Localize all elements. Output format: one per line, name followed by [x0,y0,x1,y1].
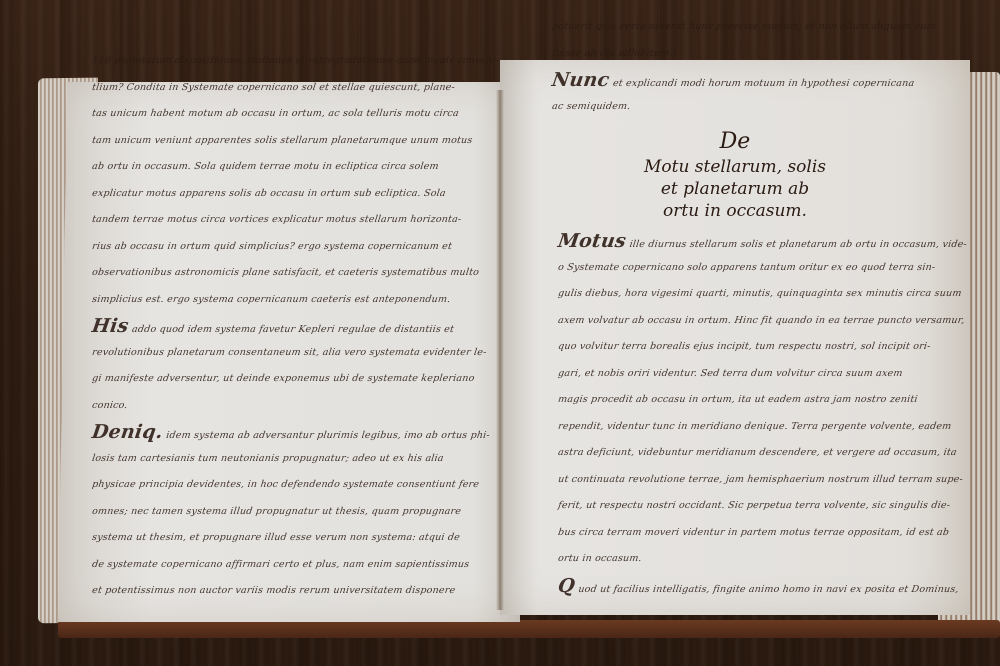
paragraph-start: Motusille diurnus stellarum solis et pla… [556,228,950,255]
text-line: rependit, videntur tunc in meridiano den… [556,414,950,441]
text-line: astra deficiunt, videbuntur meridianum d… [556,440,950,467]
text-line: physicae principia devidentes, in hoc de… [90,472,494,499]
drop-initial: Motus [556,230,627,252]
drop-initial: Q [556,575,576,597]
text-line: tas unicum habent motum ab occasu in ort… [90,101,494,128]
text-line: ut continuata revolutione terrae, jam he… [556,467,950,494]
text-line: magis procedit ab occasu in ortum, ita u… [556,387,950,414]
text-line: de systemate copernicano affirmari certo… [90,552,494,579]
text-line: omnes; nec tamen systema illud propugnat… [90,499,494,526]
section-heading: De Motu stellarum, solis et planetarum a… [620,128,850,222]
text-line: gulis diebus, hora vigesimi quarti, minu… [556,281,950,308]
drop-initial: Deniq. [90,421,164,443]
text-line: ab ortu in occasum. Sola quidem terrae m… [90,154,494,181]
text-line: quo volvitur terra borealis ejus incipit… [556,334,950,361]
left-page-text: 110 planetarum dispositiones, stationes … [92,48,492,605]
paragraph-start: Deniq.idem systema ab adversantur plurim… [90,419,494,446]
book-gutter [496,90,504,610]
text-line: observationibus astronomicis plane satis… [90,260,494,287]
heading-de: De [620,128,850,156]
heading-line: et planetarum ab [620,178,850,200]
text-line: et potentissimus non auctor variis modis… [90,578,494,605]
text-line: conico. [90,393,494,420]
text-line: tlium? Condita in Systemate copernicano … [90,75,494,102]
text-line: tam unicum veniunt apparentes solis stel… [90,128,494,155]
book-cover-edge [58,620,1000,638]
heading-line: ortu in occasum. [620,200,850,222]
drop-initial: His [90,315,130,337]
heading-line: Motu stellarum, solis [620,156,850,178]
text-line: 110 planetarum dispositiones, stationes … [90,48,494,75]
paragraph-start: Hisaddo quod idem systema favetur Kepler… [90,313,494,340]
text-line: systema ut thesim, et propugnare illud e… [90,525,494,552]
text-line: fuisse ab illo adhibitum? [550,41,944,68]
right-page-top-text: potuerit quis certo asserat hunc praecis… [552,14,942,120]
text-line: ac semiquidem. [550,94,944,121]
text-line: gari, et nobis oriri videntur. Sed terra… [556,361,950,388]
text-line: gi manifeste adversentur, ut deinde expo… [90,366,494,393]
text-line: explicatur motus apparens solis ab occas… [90,181,494,208]
paragraph-start: Quod ut facilius intelligatis, fingite a… [556,573,950,600]
text-line: revolutionibus planetarum consentaneum s… [90,340,494,367]
text-line: potuerit quis certo asserat hunc praecis… [550,14,944,41]
text-line: ortu in occasum. [556,546,950,573]
text-line: ferit, ut respectu nostri occidant. Sic … [556,493,950,520]
paragraph-start: Nuncet explicandi modi horum motuum in h… [550,67,944,94]
drop-initial: Nunc [550,69,610,91]
text-line: tandem terrae motus circa vortices expli… [90,207,494,234]
text-line: simplicius est. ergo systema copernicanu… [90,287,494,314]
right-page-body-text: Motusille diurnus stellarum solis et pla… [558,228,948,599]
text-line: losis tam cartesianis tum neutonianis pr… [90,446,494,473]
text-line: bus circa terram moveri videntur in part… [556,520,950,547]
text-line: axem volvatur ab occasu in ortum. Hinc f… [556,308,950,335]
text-line: rius ab occasu in ortum quid simplicius?… [90,234,494,261]
text-line: o Systemate copernicano solo apparens ta… [556,255,950,282]
